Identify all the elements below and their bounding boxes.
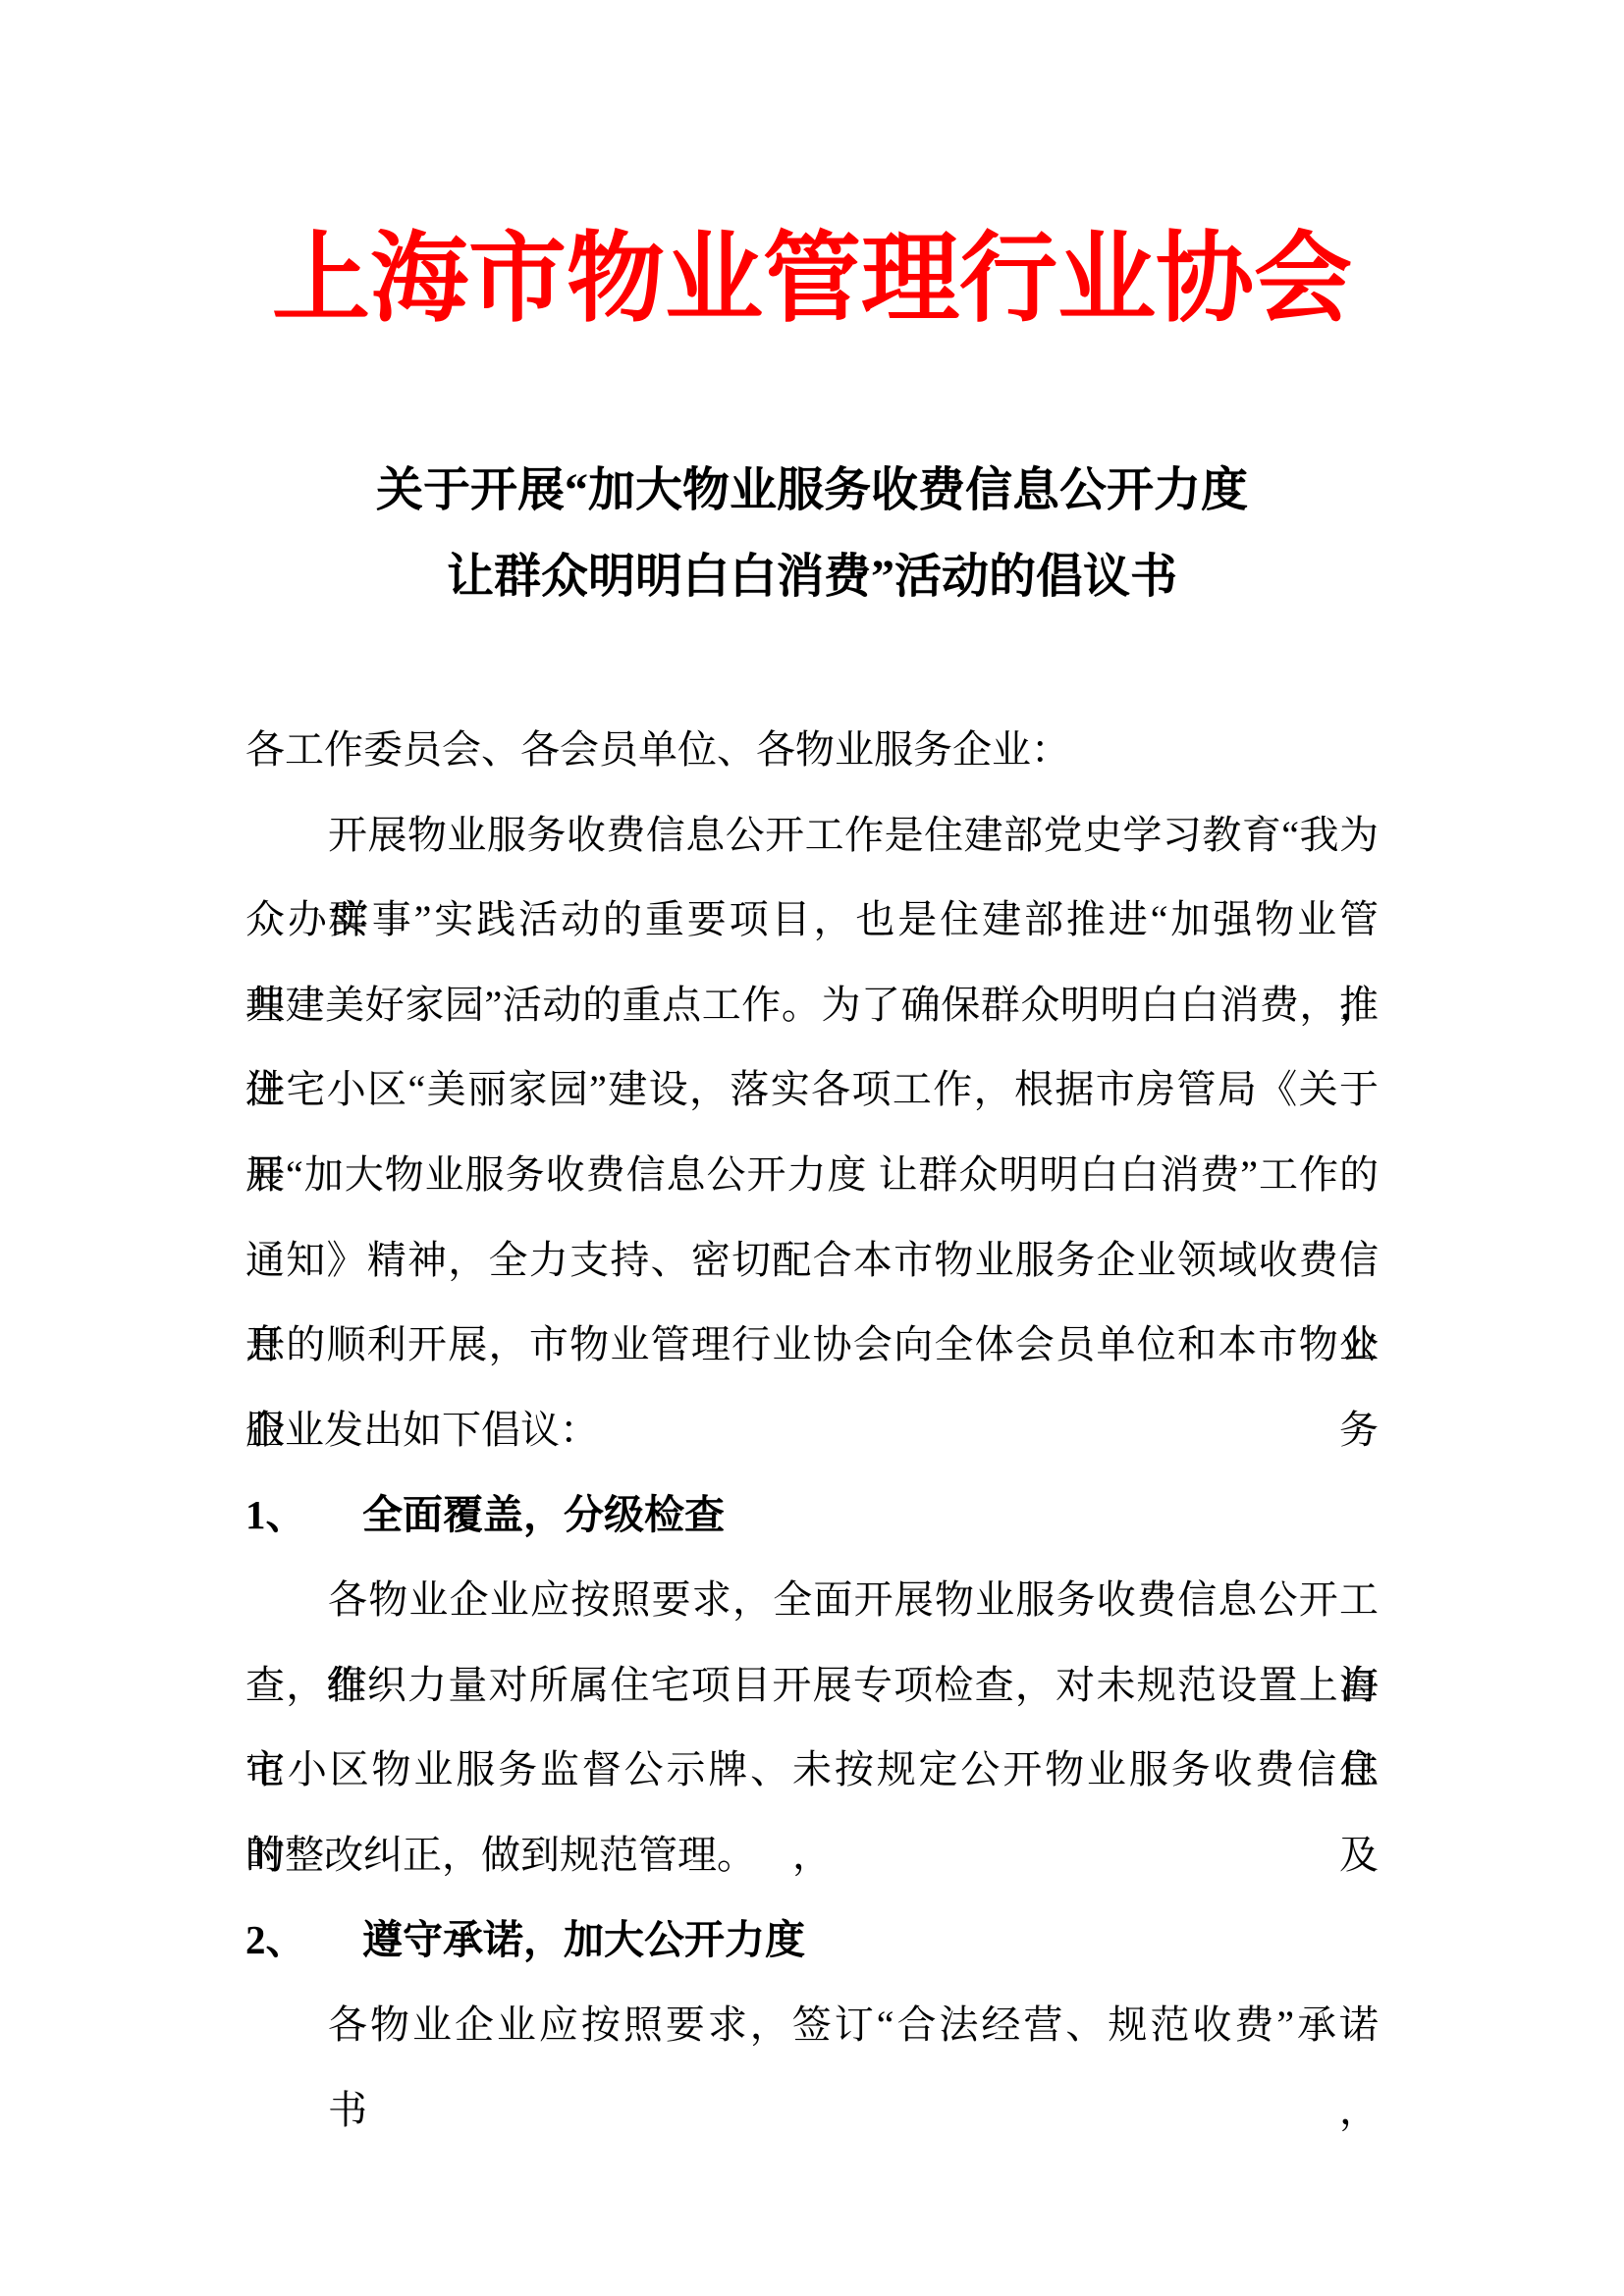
text-line: 住宅小区“美丽家园”建设，落实各项工作，根据市房管局《关于开: [245, 1047, 1379, 1133]
text-line: 查，组织力量对所属住宅项目开展专项检查，对未规范设置上海市住: [245, 1643, 1379, 1729]
heading-text: 全面覆盖，分级检查: [362, 1492, 725, 1537]
line-text: 各工作委员会、各会员单位、各物业服务企业：: [245, 727, 1070, 772]
document-body: 各工作委员会、各会员单位、各物业服务企业：开展物业服务收费信息公开工作是住建部党…: [245, 708, 1379, 2068]
section-heading: 2、遵守承诺，加大公开力度: [245, 1897, 1379, 1983]
text-line: 展“加大物业服务收费信息公开力度 让群众明明白白消费”工作的: [245, 1133, 1379, 1218]
section-heading: 1、全面覆盖，分级检查: [245, 1472, 1379, 1558]
document-page: 上海市物业管理行业协会 关于开展“加大物业服务收费信息公开力度 让群众明明白白消…: [0, 0, 1624, 2296]
text-line: 众办实事”实践活动的重要项目，也是住建部推进“加强物业管理，: [245, 878, 1379, 963]
line-text: 各物业企业应按照要求，签订“合法经营、规范收费”承诺书，: [328, 2002, 1379, 2132]
text-line: 开展物业服务收费信息公开工作是住建部党史学习教育“我为群: [245, 793, 1379, 879]
line-text: 展“加大物业服务收费信息公开力度 让群众明明白白消费”工作的: [245, 1152, 1379, 1197]
document-content: 上海市物业管理行业协会 关于开展“加大物业服务收费信息公开力度 让群众明明白白消…: [245, 221, 1379, 2068]
document-subtitle: 关于开展“加大物业服务收费信息公开力度 让群众明明白白消费”活动的倡议书: [245, 448, 1379, 620]
subtitle-line-1: 关于开展“加大物业服务收费信息公开力度: [245, 448, 1379, 534]
text-line: 通知》精神，全力支持、密切配合本市物业服务企业领域收费信息公: [245, 1218, 1379, 1304]
text-line: 各物业企业应按照要求，签订“合法经营、规范收费”承诺书，: [245, 1983, 1379, 2068]
text-line: 各工作委员会、各会员单位、各物业服务企业：: [245, 708, 1379, 793]
line-text: 企业发出如下倡议：: [245, 1408, 599, 1452]
heading-number: 2、: [245, 1897, 362, 1983]
heading-number: 1、: [245, 1472, 362, 1558]
text-line: 各物业企业应按照要求，全面开展物业服务收费信息公开工作自: [245, 1558, 1379, 1643]
text-line: 共建美好家园”活动的重点工作。为了确保群众明明白白消费，推进: [245, 963, 1379, 1048]
line-text: 时整改纠正，做到规范管理。: [245, 1833, 756, 1877]
letterhead-title: 上海市物业管理行业协会: [245, 221, 1379, 339]
text-line: 宅小区物业服务监督公示牌、未按规定公开物业服务收费信息的，及: [245, 1728, 1379, 1813]
subtitle-line-2: 让群众明明白白消费”活动的倡议书: [245, 534, 1379, 620]
heading-text: 遵守承诺，加大公开力度: [362, 1917, 805, 1962]
text-line: 开的顺利开展，市物业管理行业协会向全体会员单位和本市物业服务: [245, 1303, 1379, 1388]
